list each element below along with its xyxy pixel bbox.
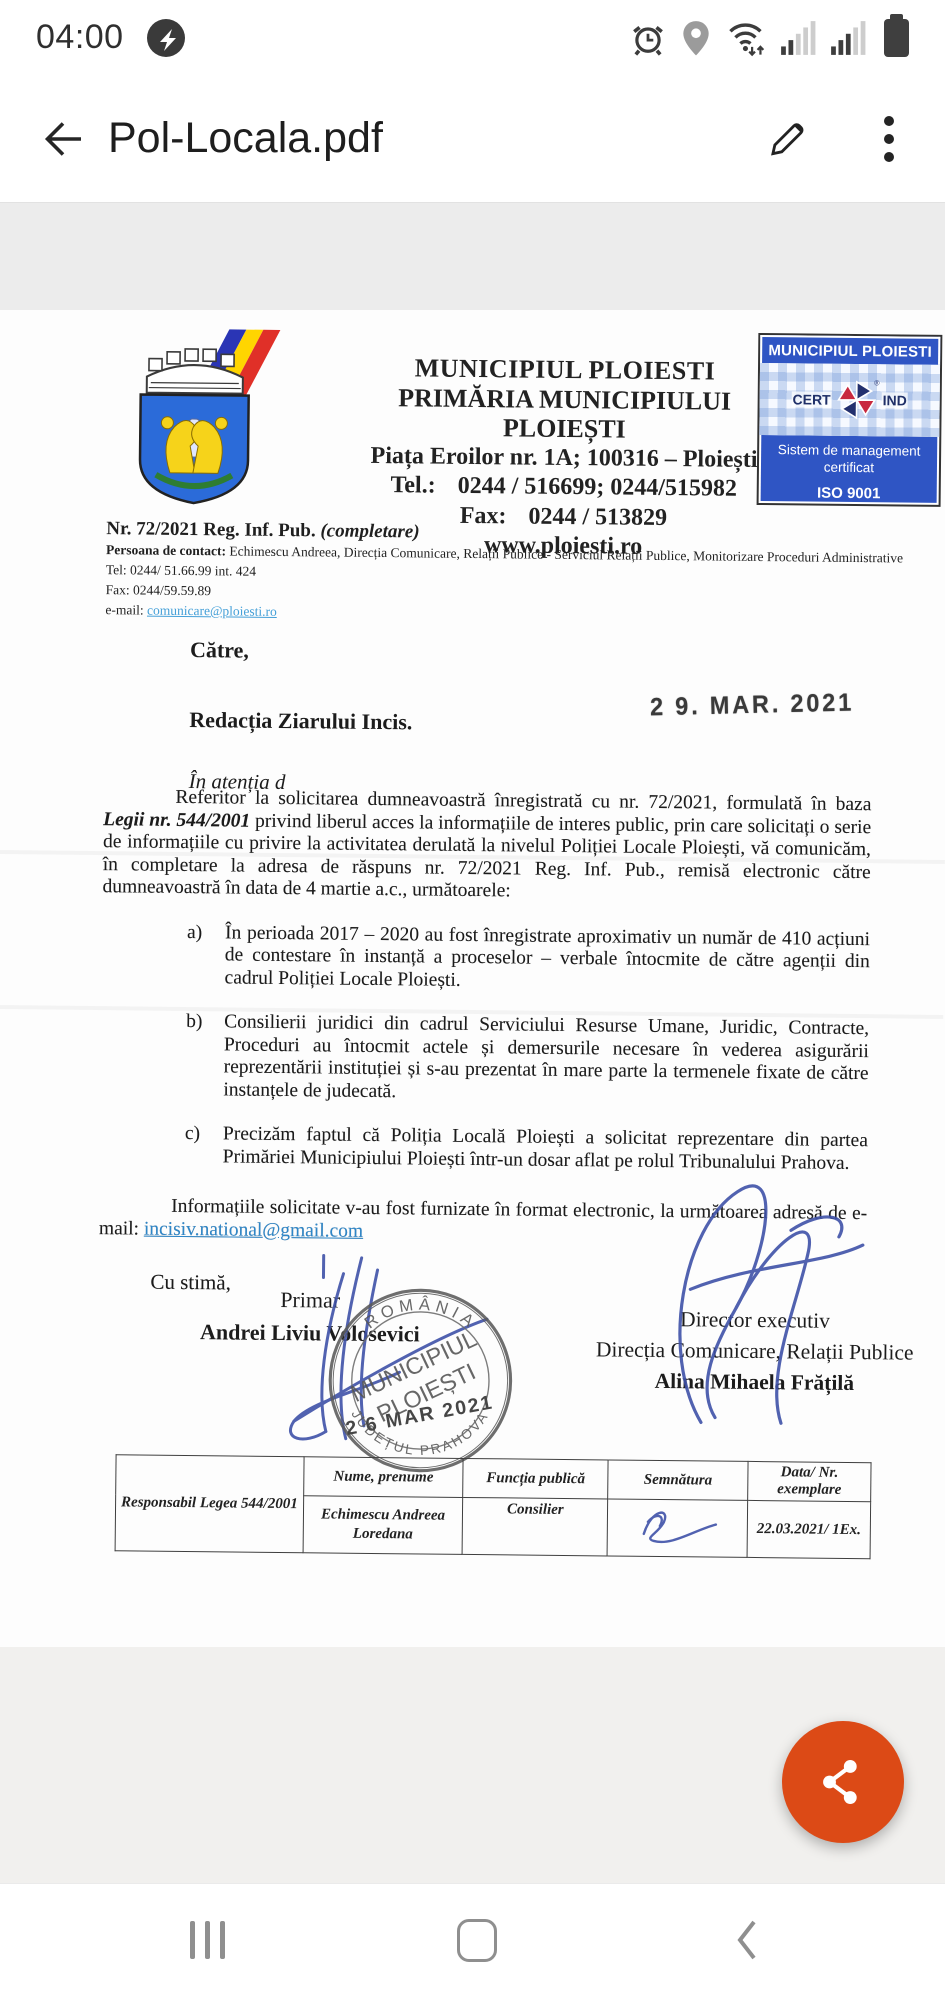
letterhead-line1: MUNICIPIUL PLOIESTI bbox=[343, 353, 787, 387]
table-header-row: Responsabil Legea 544/2001 Nume, prenume… bbox=[116, 1455, 871, 1502]
iso-certification-badge: MUNICIPIUL PLOIESTI CERT ® IND Sistem de… bbox=[757, 333, 943, 507]
received-date-stamp: 2 9. MAR. 2021 bbox=[650, 688, 855, 722]
col-function: Funcția publică bbox=[463, 1458, 608, 1499]
col-name: Nume, prenume bbox=[303, 1457, 463, 1498]
wifi-icon bbox=[726, 18, 766, 58]
closing-paragraph: Informațiile solicitate v-au fost furniz… bbox=[99, 1195, 867, 1248]
iso-label: ISO 9001 bbox=[761, 484, 937, 503]
share-icon bbox=[815, 1754, 871, 1810]
salutation-to: Către, bbox=[190, 637, 249, 664]
svg-text:PLOIEȘTI: PLOIEȘTI bbox=[373, 1358, 480, 1427]
svg-text:JUDEȚUL PRAHOVA: JUDEȚUL PRAHOVA bbox=[348, 1407, 492, 1459]
pencil-icon bbox=[761, 113, 813, 165]
consilier-signature bbox=[631, 1502, 723, 1549]
home-icon bbox=[457, 1919, 497, 1962]
svg-text:®: ® bbox=[874, 378, 880, 387]
ploiesti-coat-of-arms bbox=[110, 324, 298, 508]
phone-screen: 04:00 bbox=[0, 0, 945, 1995]
certind-pinwheel-icon: ® bbox=[833, 377, 879, 423]
navigation-bar bbox=[0, 1883, 945, 1995]
recipient-name: Redacția Ziarului Incis. bbox=[189, 707, 412, 735]
stamp-date: 2 6 MAR 2021 bbox=[344, 1391, 495, 1440]
list-item-c: c) Precizăm faptul că Poliția Locală Plo… bbox=[185, 1123, 868, 1175]
col-date: Data/ Nr. exemplare bbox=[748, 1461, 871, 1501]
letterhead-phone: Tel.:0244 / 516699; 0244/515982 bbox=[342, 471, 786, 505]
pdf-background-top bbox=[0, 203, 945, 310]
director-role: Director executiv bbox=[555, 1303, 945, 1338]
mayor-name: Andrei Liviu Volosevici bbox=[145, 1315, 475, 1351]
messenger-notification-icon bbox=[146, 18, 186, 58]
cell-signature bbox=[607, 1499, 747, 1557]
overflow-menu-button[interactable] bbox=[861, 111, 917, 167]
app-bar: Pol-Locala.pdf bbox=[0, 75, 945, 203]
location-icon bbox=[680, 19, 712, 57]
back-arrow-icon bbox=[41, 116, 87, 162]
nav-back-button[interactable] bbox=[706, 1884, 786, 1995]
responsibility-table: Responsabil Legea 544/2001 Nume, prenume… bbox=[115, 1454, 872, 1559]
alarm-icon bbox=[630, 20, 666, 56]
vertical-dots-icon bbox=[883, 114, 895, 164]
scanned-letter: MUNICIPIUL PLOIESTI PRIMĂRIA MUNICIPIULU… bbox=[0, 305, 945, 1652]
intro-paragraph: Referitor la solicitarea dumneavoastră î… bbox=[102, 786, 871, 907]
nav-home-button[interactable] bbox=[432, 1884, 522, 1995]
clock-time: 04:00 bbox=[36, 18, 124, 57]
cell-function: Consilier bbox=[463, 1497, 608, 1556]
cell-date: 22.03.2021/ 1Ex. bbox=[747, 1500, 871, 1558]
status-bar: 04:00 bbox=[0, 0, 945, 75]
director-department: Direcția Comunicare, Relații Publice bbox=[555, 1334, 945, 1369]
letterhead-line2: PRIMĂRIA MUNICIPIULUI PLOIEȘTI bbox=[342, 382, 787, 446]
email-link-incisiv[interactable]: incisiv.national@gmail.com bbox=[144, 1218, 363, 1241]
mayor-role: Primar bbox=[145, 1282, 475, 1318]
nav-back-icon bbox=[732, 1917, 760, 1963]
list-item-a: a) În perioada 2017 – 2020 au fost înreg… bbox=[186, 922, 870, 997]
share-fab[interactable] bbox=[782, 1721, 904, 1843]
nav-recents-button[interactable] bbox=[160, 1884, 255, 1995]
pdf-page[interactable]: MUNICIPIUL PLOIESTI PRIMĂRIA MUNICIPIULU… bbox=[0, 310, 945, 1647]
col-signature: Semnătura bbox=[608, 1460, 748, 1500]
letterhead-address: Piața Eroilor nr. 1A; 100316 – Ploiești bbox=[342, 441, 786, 475]
signal-sim2-icon bbox=[830, 19, 866, 57]
director-name: Alina Mihaela Frățilă bbox=[554, 1365, 945, 1400]
table-row-label: Responsabil Legea 544/2001 bbox=[115, 1455, 304, 1553]
edit-button[interactable] bbox=[759, 111, 815, 167]
certind-logo: CERT ® IND bbox=[759, 363, 940, 437]
document-title: Pol-Locala.pdf bbox=[108, 114, 383, 163]
cell-name: Echimescu Andreea Loredana bbox=[303, 1496, 463, 1555]
recents-icon bbox=[190, 1921, 195, 1959]
badge-subtitle: Sistem de management certificat ISO 9001 bbox=[761, 435, 938, 503]
reference-block: Nr. 72/2021 Reg. Inf. Pub. (completare) … bbox=[105, 518, 936, 629]
signature-block-mayor: Primar Andrei Liviu Volosevici bbox=[145, 1282, 476, 1351]
letter-body: Referitor la solicitarea dumneavoastră î… bbox=[98, 786, 871, 1301]
list-item-b: b) Consilierii juridici din cadrul Servi… bbox=[185, 1011, 869, 1108]
email-link-primaria[interactable]: comunicare@ploiesti.ro bbox=[147, 603, 277, 619]
signature-block-director: Director executiv Direcția Comunicare, R… bbox=[554, 1303, 945, 1400]
battery-icon bbox=[884, 19, 909, 57]
back-button[interactable] bbox=[38, 113, 90, 165]
signal-sim1-icon bbox=[780, 19, 816, 57]
badge-title: MUNICIPIUL PLOIESTI bbox=[760, 335, 940, 365]
